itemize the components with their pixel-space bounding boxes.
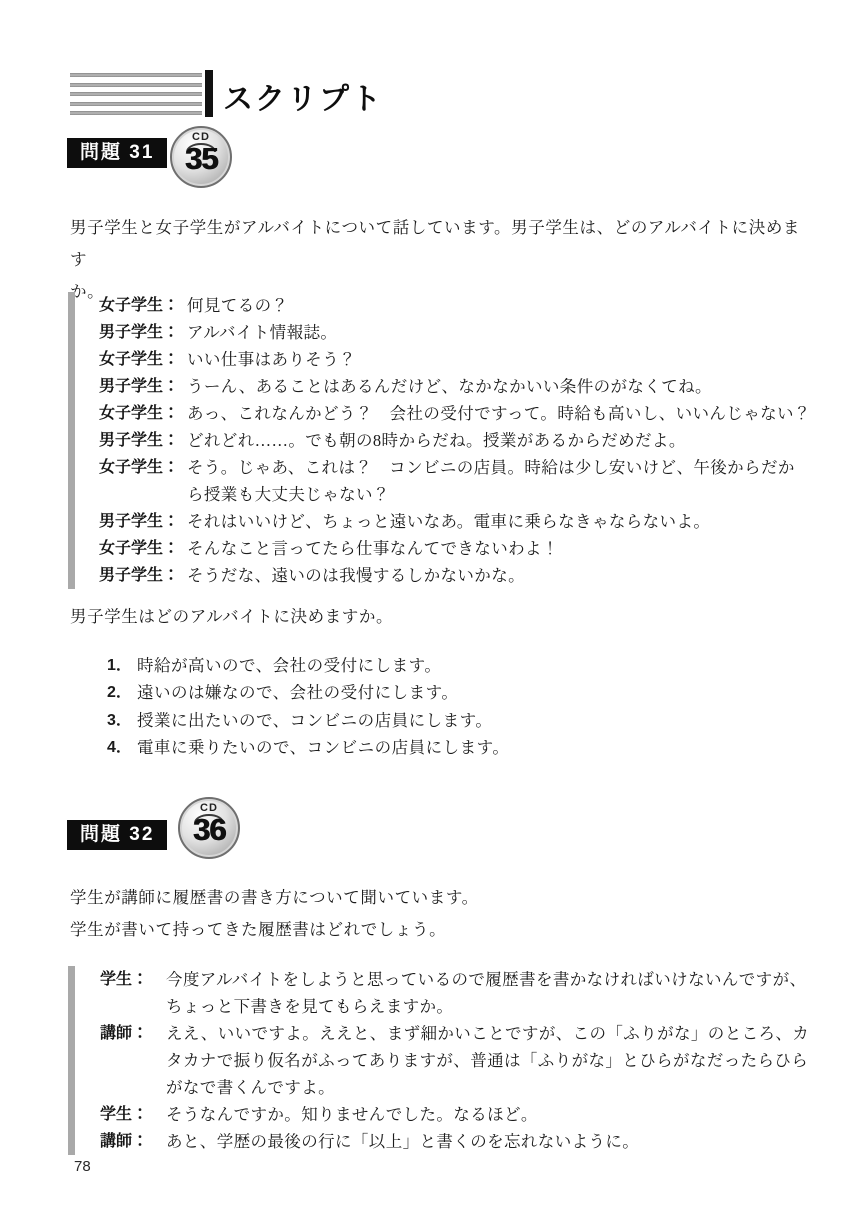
option-text: 時給が高いので、会社の受付にします。: [137, 652, 441, 679]
dialogue-text: そうなんですか。知りませんでした。なるほど。: [166, 1101, 813, 1128]
speaker-label: 女子学生：: [99, 400, 187, 427]
page-number: 78: [74, 1158, 91, 1175]
script-page: スクリプト 問題 31 CD 35 男子学生と女子学生がアルバイトについて話して…: [0, 0, 859, 1214]
stripe: [70, 102, 202, 106]
dialogue-text: アルバイト情報誌。: [187, 319, 813, 346]
dialogue-text: どれどれ……。でも朝の8時からだね。授業があるからだめだよ。: [187, 427, 813, 454]
stripe: [70, 92, 202, 96]
cd-track-36-icon: CD 36: [178, 797, 240, 859]
dialogue-row: 学生： 今度アルバイトをしようと思っているので履歴書を書かなければいけないんです…: [100, 966, 813, 1020]
stripe: [70, 83, 202, 87]
dialogue-text: あっ、これなんかどう？ 会社の受付ですって。時給も高いし、いいんじゃない？: [187, 400, 813, 427]
dialogue-text: あと、学歴の最後の行に「以上」と書くのを忘れないように。: [166, 1128, 813, 1155]
dialogue-row: 男子学生： それはいいけど、ちょっと遠いなあ。電車に乗らなきゃならないよ。: [99, 508, 813, 535]
problem-32-dialogue: 学生： 今度アルバイトをしようと思っているので履歴書を書かなければいけないんです…: [68, 966, 813, 1155]
dialogue-text: そんなこと言ってたら仕事なんてできないわよ！: [187, 535, 813, 562]
dialogue-row: 講師： ええ、いいですよ。ええと、まず細かいことですが、この「ふりがな」のところ…: [100, 1020, 813, 1101]
problem-31-badge: 問題 31: [67, 138, 167, 168]
option-4: 4． 電車に乗りたいので、コンビニの店員にします。: [107, 734, 509, 761]
page-title: スクリプト: [223, 74, 383, 118]
option-text: 遠いのは嫌なので、会社の受付にします。: [137, 679, 458, 706]
dialogue-text: 何見てるの？: [187, 292, 813, 319]
speaker-label: 女子学生：: [99, 346, 187, 373]
dialogue-row: 講師： あと、学歴の最後の行に「以上」と書くのを忘れないように。: [100, 1128, 813, 1155]
speaker-label: 男子学生：: [99, 427, 187, 454]
header-vertical-bar: [205, 70, 213, 117]
speaker-label: 女子学生：: [99, 454, 187, 481]
stripe: [70, 73, 202, 77]
problem-32-badge: 問題 32: [67, 820, 167, 850]
dialogue-text: ええ、いいですよ。ええと、まず細かいことですが、この「ふりがな」のところ、カ タ…: [166, 1020, 813, 1101]
speaker-label: 講師：: [100, 1020, 166, 1047]
option-2: 2． 遠いのは嫌なので、会社の受付にします。: [107, 679, 509, 706]
cd-track-number: 36: [180, 814, 238, 845]
cd-track-35-icon: CD 35: [170, 126, 232, 188]
option-text: 授業に出たいので、コンビニの店員にします。: [137, 707, 492, 734]
speaker-label: 女子学生：: [99, 292, 187, 319]
dialogue-row: 男子学生： どれどれ……。でも朝の8時からだね。授業があるからだめだよ。: [99, 427, 813, 454]
dialogue-text: 今度アルバイトをしようと思っているので履歴書を書かなければいけないんですが、 ち…: [166, 966, 813, 1020]
problem-31-options: 1． 時給が高いので、会社の受付にします。 2． 遠いのは嫌なので、会社の受付に…: [107, 652, 509, 761]
dialogue-row: 女子学生： そんなこと言ってたら仕事なんてできないわよ！: [99, 535, 813, 562]
dialogue-row: 男子学生： うーん、あることはあるんだけど、なかなかいい条件のがなくてね。: [99, 373, 813, 400]
speaker-label: 学生：: [100, 1101, 166, 1128]
problem-31-question: 男子学生はどのアルバイトに決めますか。: [70, 601, 805, 633]
dialogue-row: 女子学生： いい仕事はありそう？: [99, 346, 813, 373]
stripe: [70, 111, 202, 115]
option-3: 3． 授業に出たいので、コンビニの店員にします。: [107, 707, 509, 734]
dialogue-row: 女子学生： あっ、これなんかどう？ 会社の受付ですって。時給も高いし、いいんじゃ…: [99, 400, 813, 427]
dialogue-text: それはいいけど、ちょっと遠いなあ。電車に乗らなきゃならないよ。: [187, 508, 813, 535]
problem-31-dialogue: 女子学生： 何見てるの？ 男子学生： アルバイト情報誌。 女子学生： いい仕事は…: [68, 292, 813, 589]
speaker-label: 男子学生：: [99, 319, 187, 346]
option-number: 4．: [107, 734, 137, 761]
cd-track-number: 35: [172, 143, 230, 174]
dialogue-row: 女子学生： そう。じゃあ、これは？ コンビニの店員。時給は少し安いけど、午後から…: [99, 454, 813, 508]
speaker-label: 講師：: [100, 1128, 166, 1155]
speaker-label: 男子学生：: [99, 373, 187, 400]
problem-32-intro: 学生が講師に履歴書の書き方について聞いています。 学生が書いて持ってきた履歴書は…: [70, 882, 805, 946]
dialogue-row: 男子学生： そうだな、遠いのは我慢するしかないかな。: [99, 562, 813, 589]
speaker-label: 男子学生：: [99, 562, 187, 589]
dialogue-text: そう。じゃあ、これは？ コンビニの店員。時給は少し安いけど、午後からだか ら授業…: [187, 454, 813, 508]
speaker-label: 学生：: [100, 966, 166, 993]
option-text: 電車に乗りたいので、コンビニの店員にします。: [137, 734, 509, 761]
option-number: 1．: [107, 652, 137, 679]
speaker-label: 男子学生：: [99, 508, 187, 535]
dialogue-row: 学生： そうなんですか。知りませんでした。なるほど。: [100, 1101, 813, 1128]
speaker-label: 女子学生：: [99, 535, 187, 562]
dialogue-text: うーん、あることはあるんだけど、なかなかいい条件のがなくてね。: [187, 373, 813, 400]
dialogue-row: 男子学生： アルバイト情報誌。: [99, 319, 813, 346]
option-number: 2．: [107, 679, 137, 706]
option-number: 3．: [107, 707, 137, 734]
header-stripes-decoration: [70, 73, 202, 115]
dialogue-text: いい仕事はありそう？: [187, 346, 813, 373]
option-1: 1． 時給が高いので、会社の受付にします。: [107, 652, 509, 679]
dialogue-text: そうだな、遠いのは我慢するしかないかな。: [187, 562, 813, 589]
dialogue-row: 女子学生： 何見てるの？: [99, 292, 813, 319]
